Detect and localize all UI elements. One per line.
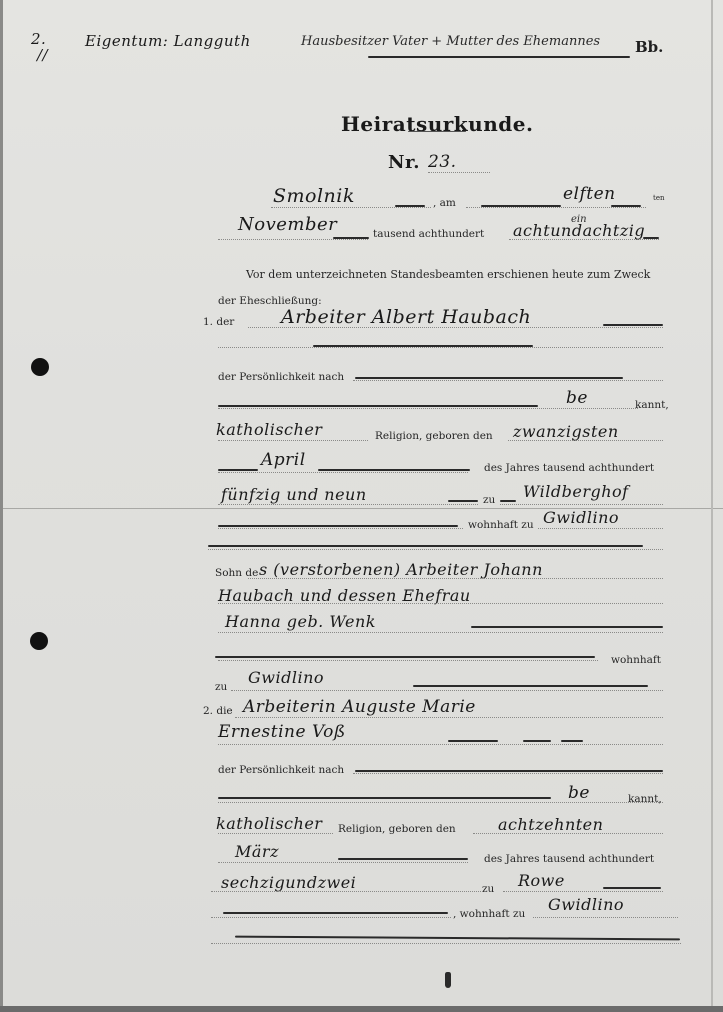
groom-parents-residence-label: wohnhaft: [611, 654, 661, 666]
dotted-line: [218, 504, 478, 505]
owner-annotation: Eigentum: Langguth: [85, 32, 251, 50]
dotted-line: [235, 717, 663, 718]
bride-residence-label: , wohnhaft zu: [453, 908, 525, 920]
groom-label: 1. der: [203, 316, 234, 328]
note-underline: [368, 56, 630, 58]
dotted-line: [218, 408, 638, 409]
dotted-line: [218, 833, 333, 834]
dotted-line: [208, 549, 663, 550]
bride-known-prefix: be: [568, 783, 590, 803]
groom-birth-year-label: des Jahres tausend achthundert: [484, 462, 654, 474]
groom-parents-residence-prefix: zu: [215, 681, 227, 693]
ink-fill-line: [355, 377, 623, 379]
day-value: elften: [563, 184, 616, 204]
dotted-line: [248, 327, 663, 328]
groom-birthplace: Wildberghof: [523, 482, 629, 501]
ink-fill-line: [448, 500, 478, 502]
intro-line-1: Vor dem unterzeichneten Standesbeamten e…: [246, 268, 650, 281]
ink-fill-line: [643, 237, 659, 239]
ink-fill-line: [481, 205, 561, 207]
certificate-number: 23.: [428, 152, 457, 172]
dotted-line: [428, 172, 490, 173]
dotted-line: [211, 917, 451, 918]
groom-residence-label: wohnhaft zu: [468, 519, 534, 531]
dotted-line: [218, 528, 463, 529]
ink-fill-line: [603, 324, 663, 326]
dotted-line: [248, 578, 663, 579]
ink-fill-line: [395, 205, 425, 207]
ink-fill-line: [218, 797, 551, 799]
dotted-line: [218, 632, 663, 633]
day-suffix: ten: [653, 194, 664, 202]
year-label: tausend achthundert: [373, 228, 484, 240]
dotted-line: [218, 347, 663, 348]
dotted-line: [500, 504, 663, 505]
dotted-line: [211, 891, 481, 892]
bride-birth-year-label: des Jahres tausend achthundert: [484, 853, 654, 865]
dotted-line: [538, 528, 663, 529]
ink-fill-line: [235, 936, 680, 941]
ink-fill-line: [611, 205, 641, 207]
groom-known-label: kannt,: [635, 399, 669, 411]
dotted-line: [218, 440, 368, 441]
ink-fill-line: [218, 525, 458, 527]
ink-fill-line: [318, 469, 470, 471]
punch-hole-icon: [31, 358, 49, 376]
marriage-certificate-page: 2. // Eigentum: Langguth Hausbesitzer Va…: [0, 0, 723, 1006]
dotted-line: [218, 472, 468, 473]
bride-name-line-2: Ernestine Voß: [218, 722, 346, 742]
ink-fill-line: [500, 500, 516, 502]
bride-birth-month: März: [235, 842, 279, 861]
ink-fill-line: [413, 685, 648, 687]
ink-fill-line: [561, 740, 583, 742]
fee-mark: //: [37, 46, 48, 64]
form-code: Bb.: [635, 38, 663, 56]
groom-parents-line-3: Hanna geb. Wenk: [225, 612, 376, 631]
bride-birthplace-label: zu: [482, 883, 494, 895]
ink-fill-line: [218, 405, 538, 407]
groom-religion-label: Religion, geboren den: [375, 430, 493, 442]
dotted-line: [271, 207, 431, 208]
dotted-line: [231, 690, 663, 691]
bride-birth-day: achtzehnten: [498, 815, 603, 834]
parents-note-annotation: Hausbesitzer Vater + Mutter des Ehemanne…: [301, 34, 600, 49]
groom-religion: katholischer: [216, 420, 322, 439]
groom-parents-residence: Gwidlino: [248, 668, 324, 687]
ink-fill-line: [603, 887, 661, 889]
ink-fill-line: [313, 345, 533, 347]
page-title: Heiratsurkunde.: [341, 112, 533, 136]
bride-residence: Gwidlino: [548, 895, 624, 914]
title-rule: [408, 131, 466, 132]
ink-fill-line: [333, 237, 369, 239]
groom-birthplace-label: zu: [483, 494, 495, 506]
bride-religion: katholischer: [216, 814, 322, 833]
dotted-line: [533, 917, 678, 918]
dotted-line: [503, 891, 663, 892]
groom-residence: Gwidlino: [543, 508, 619, 527]
ink-blot-mark: [445, 972, 451, 988]
bride-known-label: kannt,: [628, 793, 662, 805]
groom-name: Arbeiter Albert Haubach: [281, 306, 531, 328]
number-label: Nr.: [388, 152, 420, 173]
dotted-line: [211, 943, 681, 944]
dotted-line: [353, 380, 663, 381]
month-value: November: [238, 214, 337, 235]
am-label: , am: [433, 197, 456, 209]
bride-label: 2. die: [203, 705, 233, 717]
year-value: achtundachtzig: [513, 221, 645, 240]
place-value: Smolnik: [273, 185, 355, 207]
ink-fill-line: [338, 858, 468, 860]
groom-identity-label: der Persönlichkeit nach: [218, 371, 344, 383]
bride-birthplace: Rowe: [518, 871, 565, 890]
dotted-line: [218, 660, 598, 661]
ink-fill-line: [523, 740, 551, 742]
groom-known-prefix: be: [566, 388, 588, 408]
groom-birth-day: zwanzigsten: [513, 422, 619, 441]
dotted-line: [353, 773, 663, 774]
dotted-line: [218, 802, 663, 803]
ink-fill-line: [448, 740, 498, 742]
ink-fill-line: [215, 656, 595, 658]
bride-name-line-1: Arbeiterin Auguste Marie: [243, 697, 476, 717]
ink-fill-line: [218, 469, 258, 471]
bride-birth-year: sechzigundzwei: [221, 873, 356, 892]
dotted-line: [218, 744, 663, 745]
groom-birth-year: fünfzig und neun: [221, 485, 367, 504]
dotted-line: [218, 862, 468, 863]
ink-fill-line: [355, 770, 663, 772]
groom-birth-month: April: [261, 450, 306, 470]
punch-hole-icon: [30, 632, 48, 650]
ink-fill-line: [208, 545, 643, 547]
dotted-line: [466, 207, 646, 208]
bride-identity-label: der Persönlichkeit nach: [218, 764, 344, 776]
dotted-line: [218, 603, 663, 604]
ink-fill-line: [223, 912, 448, 914]
groom-parents-line-1: s (verstorbenen) Arbeiter Johann: [259, 560, 543, 579]
ink-fill-line: [471, 626, 663, 628]
dotted-line: [218, 239, 368, 240]
bride-religion-label: Religion, geboren den: [338, 823, 456, 835]
